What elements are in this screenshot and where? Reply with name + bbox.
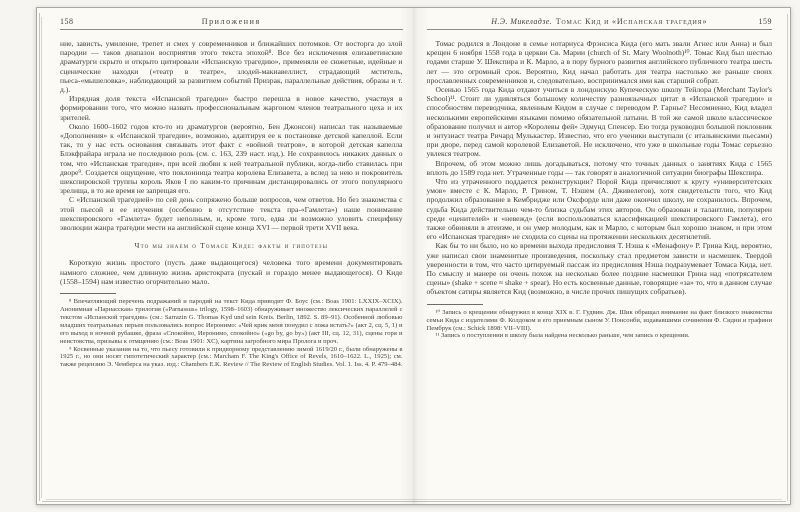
footnote: ¹¹ Запись о поступлении в школу была най… <box>427 332 773 340</box>
body-text-right: Томас родился в Лондоне в семье нотариус… <box>427 39 773 297</box>
page-number-right: 159 <box>738 17 772 26</box>
running-head-author: Н.Э. Микеладзе. <box>491 17 552 26</box>
body-paragraph: Изрядная доля текста «Испанской трагедии… <box>60 94 403 122</box>
running-header-right: Н.Э. Микеладзе. Томас Кид и «Испанская т… <box>427 17 773 30</box>
footnote-rule <box>60 293 116 294</box>
running-head-right: Н.Э. Микеладзе. Томас Кид и «Испанская т… <box>461 17 739 26</box>
body-paragraph: Около 1600–1602 годов кто-то из драматур… <box>60 122 403 196</box>
body-text-left: ние, зависть, умиление, трепет и смех у … <box>60 39 403 286</box>
footnote: ⁹ Косвенные указания на то, что пьесу го… <box>60 346 403 370</box>
page-right: Н.Э. Микеладзе. Томас Кид и «Испанская т… <box>414 8 791 504</box>
page-left: 158 Приложения ние, зависть, умиление, т… <box>37 8 414 504</box>
footnote: ⁸ Впечатляющий перечень подражаний и пар… <box>60 298 403 345</box>
book-spread-scan: 158 Приложения ние, зависть, умиление, т… <box>36 7 791 505</box>
page-stack-edge <box>39 13 40 501</box>
page-stack-edge <box>41 17 42 498</box>
footnote: ¹⁰ Запись о крещении обнаружил в конце X… <box>427 309 773 333</box>
running-head-title: Томас Кид и «Испанская трагедия» <box>556 17 708 26</box>
body-paragraph: Короткую жизнь простого (пусть даже выда… <box>60 258 403 286</box>
page-stack-edge <box>42 501 786 502</box>
body-paragraph: Впрочем, об этом можно лишь догадываться… <box>427 159 773 177</box>
running-head-left: Приложения <box>94 17 369 26</box>
body-paragraph: Как бы то ни было, но ко времени выхода … <box>427 241 773 296</box>
page-number-left: 158 <box>60 17 94 26</box>
footnotes-right: ¹⁰ Запись о крещении обнаружил в конце X… <box>427 304 773 341</box>
body-paragraph: Томас родился в Лондоне в семье нотариус… <box>427 39 773 85</box>
footnote-rule <box>427 304 483 305</box>
spread: 158 Приложения ние, зависть, умиление, т… <box>37 8 790 504</box>
body-paragraph: ние, зависть, умиление, трепет и смех у … <box>60 39 403 94</box>
footnotes-left: ⁸ Впечатляющий перечень подражаний и пар… <box>60 293 403 369</box>
page-stack-edge <box>787 14 788 501</box>
running-header-left: 158 Приложения <box>60 17 403 30</box>
body-paragraph: Осенью 1565 года Кида отдают учиться в л… <box>427 85 773 159</box>
body-paragraph: Что из утраченного поддается реконструкц… <box>427 177 773 241</box>
section-heading: Что мы знаем о Томасе Киде: факты и гипо… <box>60 241 403 250</box>
body-paragraph: С «Испанской трагедией» по сей день сопр… <box>60 195 403 232</box>
page-stack-edge <box>46 499 782 500</box>
